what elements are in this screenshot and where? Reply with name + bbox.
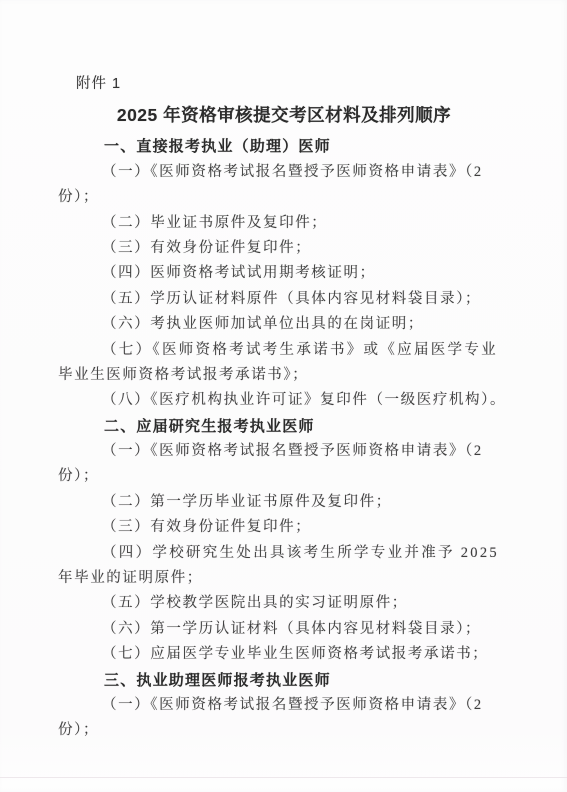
section-2-item-7: （七）应届医学专业毕业生医师资格考试报考承诺书； <box>58 642 510 667</box>
document-title: 2025 年资格审核提交考区材料及排列顺序 <box>58 99 510 131</box>
document-content: 附件 1 2025 年资格审核提交考区材料及排列顺序 一、直接报考执业（助理）医… <box>58 72 510 744</box>
document-page: 附件 1 2025 年资格审核提交考区材料及排列顺序 一、直接报考执业（助理）医… <box>0 0 567 792</box>
section-1-item-6: （六）考执业医师加试单位出具的在岗证明； <box>58 312 510 337</box>
section-2-item-3: （三）有效身份证件复印件； <box>58 515 510 540</box>
section-2-heading: 二、应届研究生报考执业医师 <box>58 414 510 439</box>
section-1-item-8: （八）《医疗机构执业许可证》复印件（一级医疗机构）。 <box>58 388 510 413</box>
section-2-item-6: （六）第一学历认证材料（具体内容见材料袋目录）； <box>58 617 510 642</box>
section-1-item-1-line-2: 份）； <box>58 185 510 210</box>
section-3-item-1-line-1: （一）《医师资格考试报名暨授予医师资格申请表》（2 <box>58 693 510 718</box>
section-2-item-1-line-2: 份）； <box>58 464 510 489</box>
section-2-item-1-line-1: （一）《医师资格考试报名暨授予医师资格申请表》（2 <box>58 439 510 464</box>
section-3-item-1-line-2: 份）； <box>58 718 510 743</box>
section-1-item-7-line-2: 毕业生医师资格考试报考承诺书》； <box>58 363 510 388</box>
section-3-heading: 三、执业助理医师报考执业医师 <box>58 668 510 693</box>
section-1-item-5: （五）学历认证材料原件（具体内容见材料袋目录）； <box>58 287 510 312</box>
attachment-label: 附件 1 <box>58 72 510 97</box>
section-1-item-7-line-1: （七）《医师资格考试考生承诺书》或《应届医学专业 <box>58 338 510 363</box>
section-1-item-1-line-1: （一）《医师资格考试报名暨授予医师资格申请表》（2 <box>58 160 510 185</box>
section-1-item-2: （二）毕业证书原件及复印件； <box>58 211 510 236</box>
scan-edge-line <box>0 777 567 778</box>
section-1-heading: 一、直接报考执业（助理）医师 <box>58 134 510 159</box>
section-1-item-3: （三）有效身份证件复印件； <box>58 236 510 261</box>
section-1-item-4: （四）医师资格考试试用期考核证明； <box>58 261 510 286</box>
section-2-item-4-line-2: 年毕业的证明原件； <box>58 566 510 591</box>
section-2-item-5: （五）学校教学医院出具的实习证明原件； <box>58 591 510 616</box>
section-2-item-4-line-1: （四）学校研究生处出具该考生所学专业并准予 2025 <box>58 541 510 566</box>
section-2-item-2: （二）第一学历毕业证书原件及复印件； <box>58 490 510 515</box>
